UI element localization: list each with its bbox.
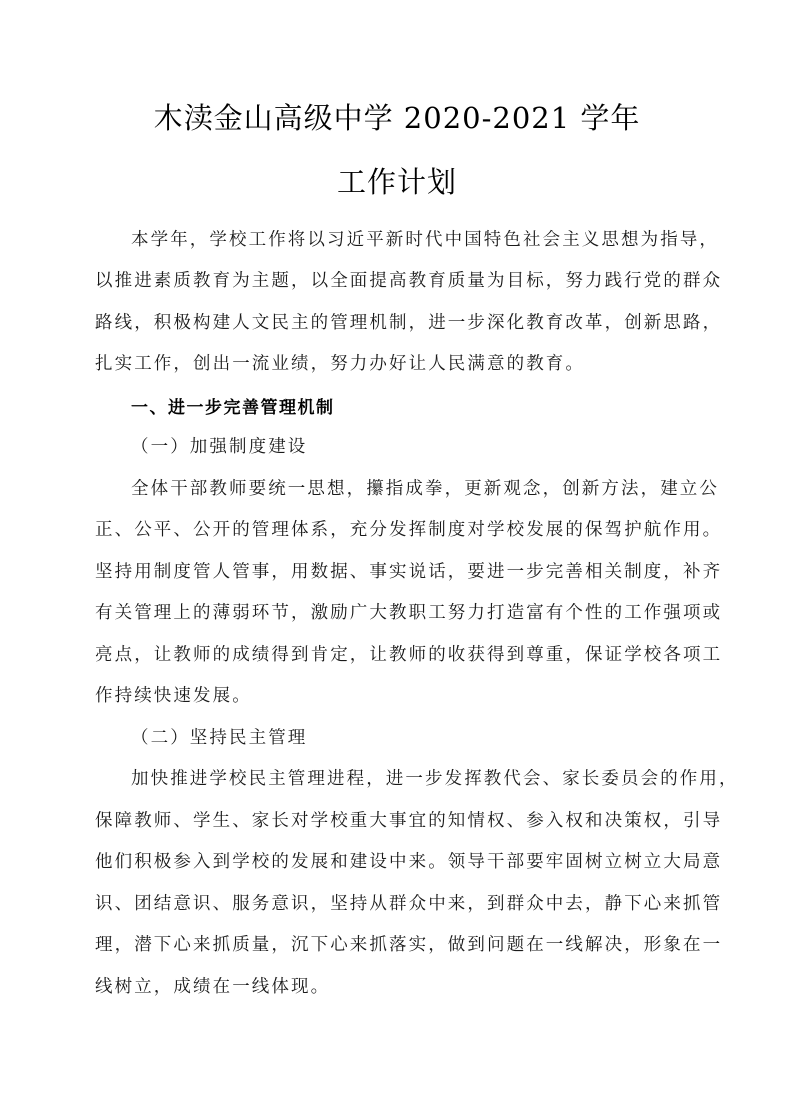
intro-line: 以推进素质教育为主题，以全面提高教育质量为目标，努力践行党的群众 (95, 267, 705, 292)
intro-line: 本学年，学校工作将以习近平新时代中国特色社会主义思想为指导， (131, 226, 741, 251)
paragraph-line: 有关管理上的薄弱环节，激励广大教职工努力打造富有个性的工作强项或 (95, 599, 705, 624)
paragraph-line: 正、公平、公开的管理体系，充分发挥制度对学校发展的保驾护航作用。 (95, 516, 705, 541)
document-page: 木渎金山高级中学 2020-2021 学年 工作计划 本学年，学校工作将以习近平… (0, 0, 794, 1108)
paragraph-line: 识、团结意识、服务意识，坚持从群众中来，到群众中去，静下心来抓管 (95, 890, 705, 915)
section-heading: 一、进一步完善管理机制 (131, 393, 741, 418)
paragraph-line: 保障教师、学生、家长对学校重大事宜的知情权、参入权和决策权，引导 (95, 807, 705, 832)
paragraph-line: 他们积极参入到学校的发展和建设中来。领导干部要牢固树立树立大局意 (95, 848, 705, 873)
document-title-line2: 工作计划 (0, 160, 794, 201)
subsection-heading: （一）加强制度建设 (131, 433, 741, 458)
paragraph-line: 全体干部教师要统一思想，攥指成拳，更新观念，创新方法，建立公 (131, 475, 741, 500)
subsection-heading: （二）坚持民主管理 (131, 724, 741, 749)
document-title-line1: 木渎金山高级中学 2020-2021 学年 (0, 96, 794, 137)
intro-line: 扎实工作，创出一流业绩，努力办好让人民满意的教育。 (95, 350, 705, 375)
paragraph-line: 加快推进学校民主管理进程，进一步发挥教代会、家长委员会的作用， (131, 765, 741, 790)
paragraph-line: 亮点，让教师的成绩得到肯定，让教师的收获得到尊重，保证学校各项工 (95, 641, 705, 666)
paragraph-line: 作持续快速发展。 (95, 682, 705, 707)
paragraph-line: 坚持用制度管人管事，用数据、事实说话，要进一步完善相关制度，补齐 (95, 558, 705, 583)
paragraph-line: 线树立，成绩在一线体现。 (95, 973, 705, 998)
intro-line: 路线，积极构建人文民主的管理机制，进一步深化教育改革，创新思路， (95, 309, 705, 334)
paragraph-line: 理，潜下心来抓质量，沉下心来抓落实，做到问题在一线解决，形象在一 (95, 931, 705, 956)
